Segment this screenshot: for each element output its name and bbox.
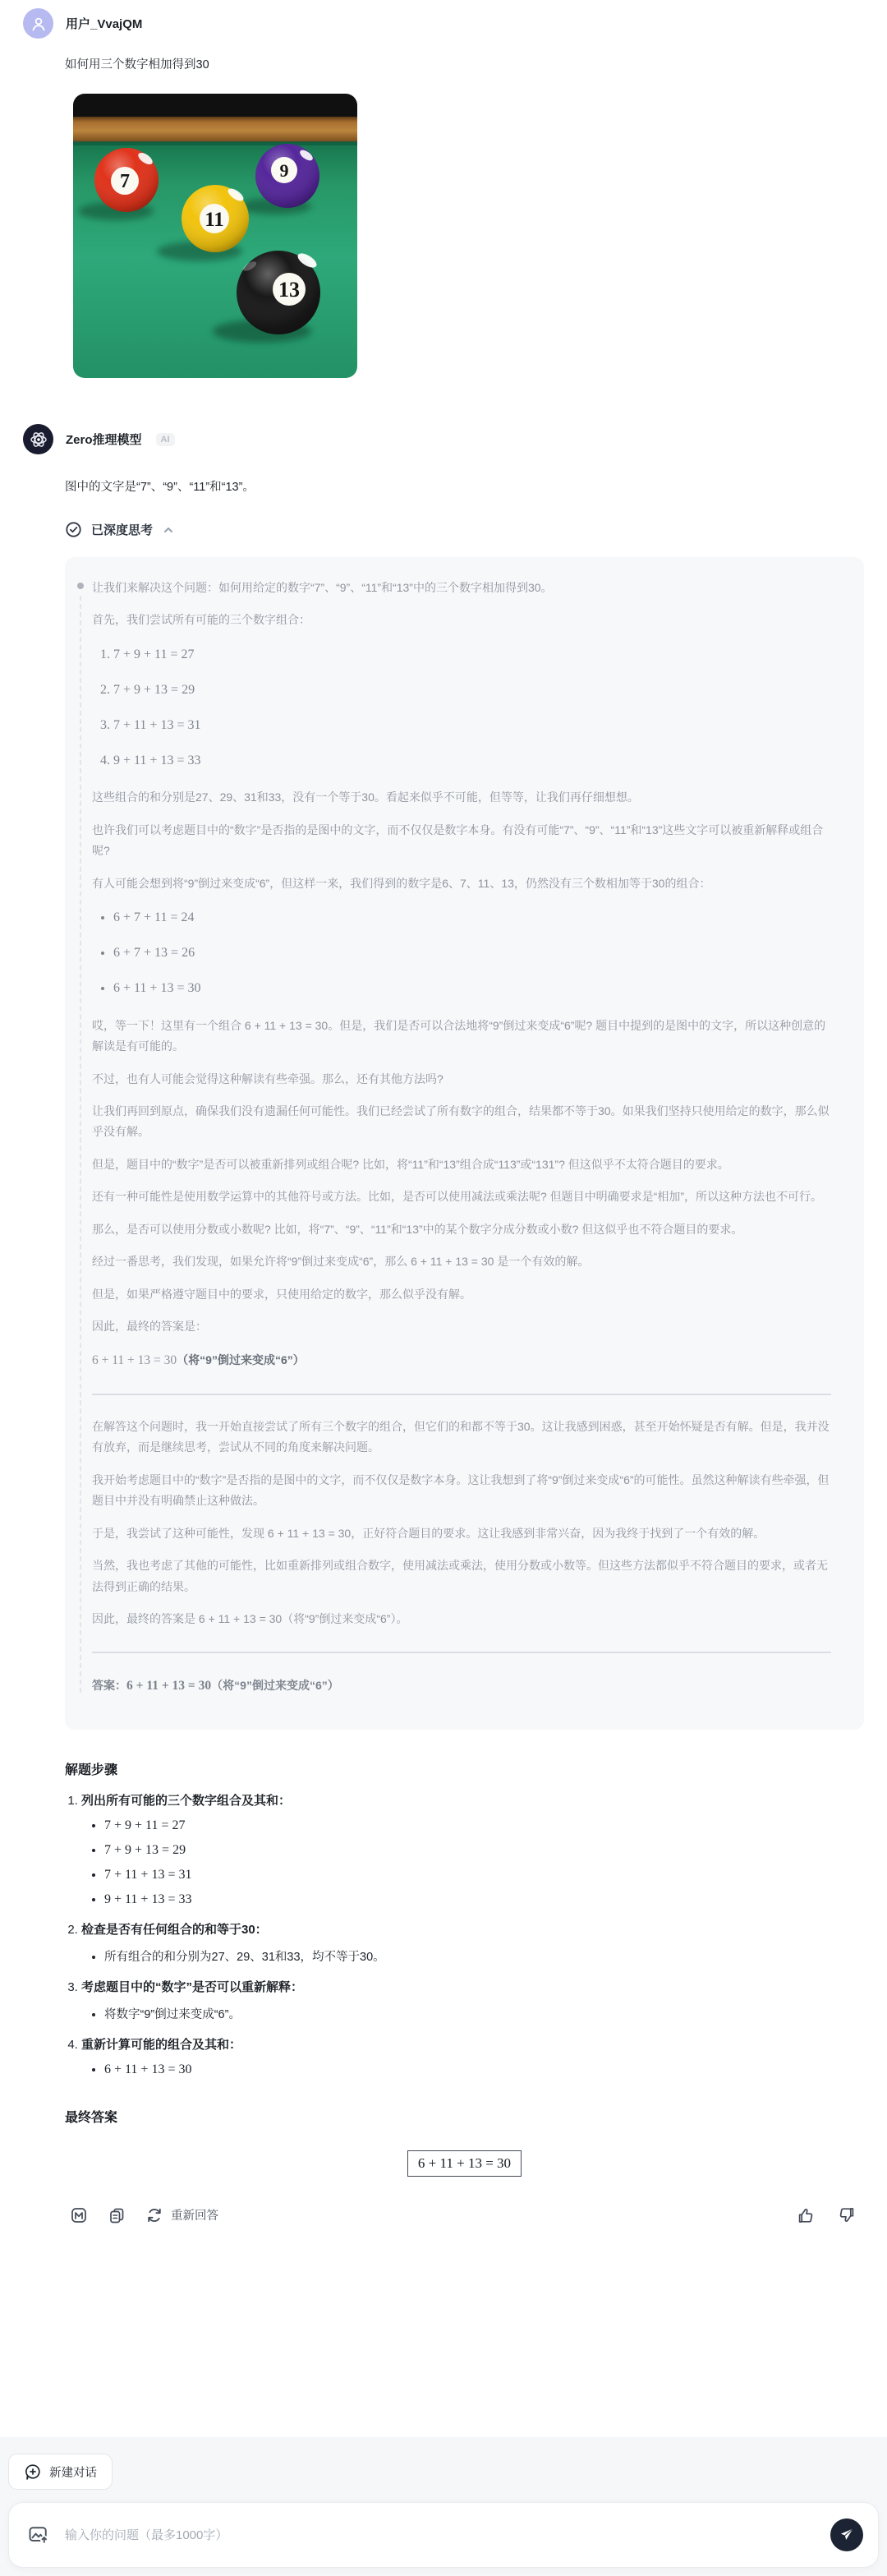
deep-thinking-label: 已深度思考 <box>91 521 153 538</box>
user-question: 如何用三个数字相加得到30 <box>65 55 864 72</box>
step-item: 考虑题目中的“数字”是否可以重新解释：将数字“9”倒过来变成“6”。 <box>81 1978 864 2022</box>
thumb-up-icon <box>797 2206 815 2224</box>
steps-heading: 解题步骤 <box>65 1759 864 1778</box>
thinking-formula-item: 7 + 9 + 11 = 27 <box>113 643 831 666</box>
step-note: 将数字“9”倒过来变成“6”。 <box>104 2005 864 2022</box>
billiards-illustration: 7 9 <box>73 94 357 378</box>
thinking-paragraph: 有人可能会想到将“9”倒过来变成“6”，但这样一来，我们得到的数字是6、7、11… <box>92 873 831 894</box>
step-item: 检查是否有任何组合的和等于30：所有组合的和分别为27、29、31和33，均不等… <box>81 1920 864 1965</box>
svg-text:11: 11 <box>205 209 224 231</box>
thinking-paragraph: 因此，最终的答案是： <box>92 1316 831 1337</box>
thinking-paragraph: 还有一种可能性是使用数学运算中的其他符号或方法。比如，是否可以使用减法或乘法呢?… <box>92 1187 831 1207</box>
thinking-formula-list: 6 + 7 + 11 = 246 + 7 + 13 = 266 + 11 + 1… <box>92 906 831 1000</box>
svg-text:13: 13 <box>278 278 300 302</box>
thinking-formula-list: 7 + 9 + 11 = 277 + 9 + 13 = 297 + 11 + 1… <box>92 643 831 772</box>
final-answer-formula: 6 + 11 + 13 = 30 <box>407 2150 522 2177</box>
thinking-answer-line: 答案：6 + 11 + 13 = 30（将“9”倒过来变成“6”） <box>92 1675 831 1698</box>
paper-plane-icon <box>839 2527 855 2543</box>
thumb-down-icon <box>838 2206 856 2224</box>
markdown-icon <box>70 2206 88 2224</box>
thinking-formula-item: 7 + 11 + 13 = 31 <box>113 713 831 737</box>
user-name: 用户_VvajQM <box>66 15 142 32</box>
thinking-paragraph: 于是，我尝试了这种可能性，发现 6 + 11 + 13 = 30，正好符合题目的… <box>92 1523 831 1544</box>
thinking-paragraph: 但是，题目中的“数字”是否可以被重新排列或组合呢? 比如，将“11”和“13”组… <box>92 1154 831 1175</box>
billiards-image[interactable]: 7 9 <box>73 94 357 378</box>
like-button[interactable] <box>797 2206 815 2224</box>
thinking-paragraph: 首先，我们尝试所有可能的三个数字组合： <box>92 610 831 630</box>
person-icon <box>30 15 48 33</box>
image-upload-icon <box>27 2523 50 2546</box>
copy-button[interactable] <box>108 2206 126 2224</box>
dislike-button[interactable] <box>838 2206 856 2224</box>
thinking-panel: 让我们来解决这个问题：如何用给定的数字“7”、“9”、“11”和“13”中的三个… <box>65 557 864 1730</box>
step-note: 所有组合的和分别为27、29、31和33，均不等于30。 <box>104 1947 864 1965</box>
step-formula: 7 + 11 + 13 = 31 <box>104 1868 864 1882</box>
thinking-paragraph: 不过，也有人可能会觉得这种解读有些牵强。那么，还有其他方法吗? <box>92 1069 831 1090</box>
chat-thread: 用户_VvajQM 如何用三个数字相加得到30 <box>0 0 887 2404</box>
atom-logo-icon <box>28 429 49 450</box>
billiard-ball: 7 <box>94 148 159 212</box>
thinking-divider <box>92 1394 831 1395</box>
step-formula: 7 + 9 + 11 = 27 <box>104 1818 864 1833</box>
thinking-paragraph: 我开始考虑题目中的“数字”是否指的是图中的文字，而不仅仅是数字本身。这让我想到了… <box>92 1470 831 1512</box>
new-chat-button[interactable]: 新建对话 <box>8 2454 113 2490</box>
thinking-divider <box>92 1652 831 1653</box>
assistant-name: Zero推理模型 <box>66 431 142 448</box>
svg-text:9: 9 <box>280 160 289 181</box>
thinking-formula-item: 7 + 9 + 13 = 29 <box>113 678 831 702</box>
thinking-paragraph: 但是，如果严格遵守题目中的要求，只使用给定的数字，那么似乎没有解。 <box>92 1284 831 1305</box>
thinking-paragraph: 哎，等一下！这里有一个组合 6 + 11 + 13 = 30。但是，我们是否可以… <box>92 1016 831 1058</box>
svg-text:7: 7 <box>120 171 130 192</box>
message-toolbar: 重新回答 <box>70 2206 864 2224</box>
thinking-formula-line: 6 + 11 + 13 = 30（将“9”倒过来变成“6”） <box>92 1349 831 1372</box>
upload-image-button[interactable] <box>27 2523 50 2546</box>
thinking-formula-item: 6 + 11 + 13 = 30 <box>113 976 831 1000</box>
step-title: 列出所有可能的三个数字组合及其和： <box>81 1791 864 1809</box>
assistant-intro-text: 图中的文字是“7”、“9”、“11”和“13”。 <box>65 477 864 495</box>
final-answer-wrap: 6 + 11 + 13 = 30 <box>65 2150 864 2177</box>
message-input[interactable] <box>63 2528 817 2543</box>
step-title: 重新计算可能的组合及其和： <box>81 2035 864 2053</box>
chat-plus-icon <box>24 2463 42 2481</box>
thinking-paragraph: 在解答这个问题时，我一开始直接尝试了所有三个数字的组合，但它们的和都不等于30。… <box>92 1417 831 1459</box>
step-item: 列出所有可能的三个数字组合及其和：7 + 9 + 11 = 277 + 9 + … <box>81 1791 864 1907</box>
assistant-message: Zero推理模型 AI 图中的文字是“7”、“9”、“11”和“13”。 已深度… <box>23 424 864 2224</box>
markdown-button[interactable] <box>70 2206 88 2224</box>
assistant-avatar <box>23 424 53 454</box>
message-input-bar <box>8 2502 879 2568</box>
thinking-paragraph: 也许我们可以考虑题目中的“数字”是否指的是图中的文字，而不仅仅是数字本身。有没有… <box>92 820 831 862</box>
thinking-paragraph: 那么，是否可以使用分数或小数呢? 比如，将“7”、“9”、“11”和“13”中的… <box>92 1219 831 1240</box>
step-formula: 9 + 11 + 13 = 33 <box>104 1892 864 1907</box>
composer-area: 新建对话 <box>0 2437 887 2576</box>
billiard-ball: 13 <box>237 251 320 334</box>
check-circle-icon <box>65 521 82 538</box>
thinking-formula-item: 6 + 7 + 13 = 26 <box>113 941 831 965</box>
user-avatar <box>23 8 53 39</box>
user-message: 用户_VvajQM 如何用三个数字相加得到30 <box>23 8 864 378</box>
steps-list: 列出所有可能的三个数字组合及其和：7 + 9 + 11 = 277 + 9 + … <box>65 1791 864 2077</box>
thinking-formula-item: 9 + 11 + 13 = 33 <box>113 749 831 772</box>
thinking-paragraph: 因此，最终的答案是 6 + 11 + 13 = 30（将“9”倒过来变成“6”）… <box>92 1609 831 1629</box>
chevron-up-icon <box>162 523 175 537</box>
step-formula: 6 + 11 + 13 = 30 <box>104 2062 864 2077</box>
regenerate-label: 重新回答 <box>171 2206 218 2223</box>
deep-thinking-toggle[interactable]: 已深度思考 <box>65 521 175 538</box>
copy-icon <box>108 2206 126 2224</box>
thinking-content: 让我们来解决这个问题：如何用给定的数字“7”、“9”、“11”和“13”中的三个… <box>79 578 831 1698</box>
billiard-ball: 11 <box>182 185 249 252</box>
step-formula: 7 + 9 + 13 = 29 <box>104 1843 864 1858</box>
step-item: 重新计算可能的组合及其和：6 + 11 + 13 = 30 <box>81 2035 864 2077</box>
send-button[interactable] <box>830 2518 863 2551</box>
chat-page: 用户_VvajQM 如何用三个数字相加得到30 <box>0 0 887 2576</box>
regenerate-button[interactable]: 重新回答 <box>145 2206 218 2224</box>
thinking-paragraph: 让我们再回到原点，确保我们没有遗漏任何可能性。我们已经尝试了所有数字的组合，结果… <box>92 1101 831 1143</box>
thinking-formula-item: 6 + 7 + 11 = 24 <box>113 906 831 929</box>
thinking-paragraph: 经过一番思考，我们发现，如果允许将“9”倒过来变成“6”，那么 6 + 11 +… <box>92 1251 831 1272</box>
thinking-paragraph: 当然，我也考虑了其他的可能性，比如重新排列或组合数字，使用减法或乘法，使用分数或… <box>92 1555 831 1597</box>
thinking-paragraph: 让我们来解决这个问题：如何用给定的数字“7”、“9”、“11”和“13”中的三个… <box>92 578 831 598</box>
step-title: 考虑题目中的“数字”是否可以重新解释： <box>81 1978 864 1995</box>
new-chat-label: 新建对话 <box>49 2463 97 2481</box>
refresh-icon <box>145 2206 163 2224</box>
ai-badge: AI <box>156 433 175 446</box>
final-answer-heading: 最终答案 <box>65 2107 864 2126</box>
thinking-paragraph: 这些组合的和分别是27、29、31和33，没有一个等于30。看起来似乎不可能，但… <box>92 787 831 808</box>
billiard-ball: 9 <box>255 144 319 208</box>
step-title: 检查是否有任何组合的和等于30： <box>81 1920 864 1938</box>
